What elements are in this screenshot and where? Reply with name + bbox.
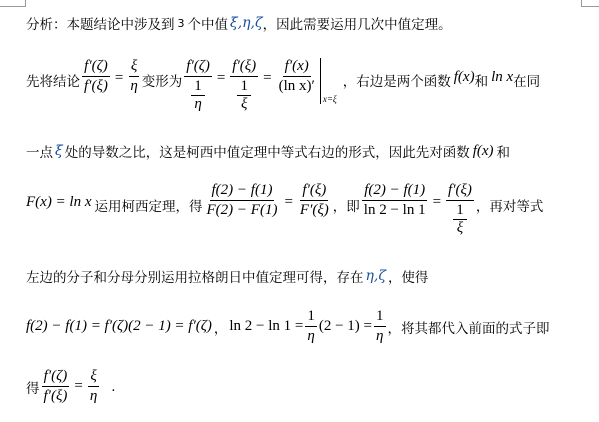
paragraph-line-7: 得 f′(ζ) f′(ξ) = ξ η . xyxy=(26,368,116,405)
text: 个中值 xyxy=(188,13,229,33)
mean-value-variables: ξ,η,ζ xyxy=(230,15,263,31)
paragraph-line-6: f(2) − f(1) = f′(ζ)(2 − 1) = f′(ζ) ， ln … xyxy=(26,308,550,345)
fraction: f′(ξ) F′(ξ) xyxy=(298,182,331,219)
fraction: f(2) − f(1) F(2) − F(1) xyxy=(205,182,280,219)
compound-fraction: f′(ξ) 1 ξ xyxy=(446,182,474,237)
fraction: f′(ζ) f′(ξ) xyxy=(42,368,70,405)
fraction: ξ η xyxy=(128,58,139,95)
paragraph-line-5: 左边的分子和分母分别运用拉格朗日中值定理可得，存在 η,ζ ，使得 xyxy=(26,266,428,286)
fraction: f(2) − f(1) ln 2 − ln 1 xyxy=(362,182,428,219)
fraction: ξ η xyxy=(88,368,99,405)
fraction: 1 η xyxy=(305,308,317,345)
paragraph-line-4: F(x) = ln x 运用柯西定理，得 f(2) − f(1) F(2) − … xyxy=(26,182,543,237)
paragraph-line-3: 一点 ξ 处的导数之比，这是柯西中值定理中等式右边的形式，因此先对函数 f(x)… xyxy=(26,141,510,161)
compound-fraction: f′(ξ) 1 ξ xyxy=(230,58,258,113)
text: 先将结论 xyxy=(26,70,80,90)
paragraph-line-2: 先将结论 f′(ζ) f′(ξ) = ξ η 变形为 f′(ζ) 1 η = f… xyxy=(26,58,540,113)
fraction: f′(x) (ln x)′ xyxy=(277,58,317,95)
count-number: 3 xyxy=(178,17,185,30)
evaluation-bar: x=ξ xyxy=(320,58,337,104)
paragraph-line-1: 分析：本题结论中涉及到 3 个中值 ξ,η,ζ ，因此需要运用几次中值定理。 xyxy=(26,13,452,33)
compound-fraction: f′(ζ) 1 η xyxy=(184,58,212,113)
text: ，因此需要运用几次中值定理。 xyxy=(263,13,452,33)
fraction: 1 η xyxy=(374,308,386,345)
text: ，右边是两个函数 xyxy=(343,70,451,90)
margin-corner-mark-left xyxy=(0,0,26,7)
fraction: f′(ζ) f′(ξ) xyxy=(82,58,110,95)
F-definition: F(x) = ln x xyxy=(26,194,92,211)
analysis-intro: 分析：本题结论中涉及到 xyxy=(26,13,175,33)
margin-corner-mark-right xyxy=(581,0,599,7)
text: 变形为 xyxy=(142,70,183,90)
